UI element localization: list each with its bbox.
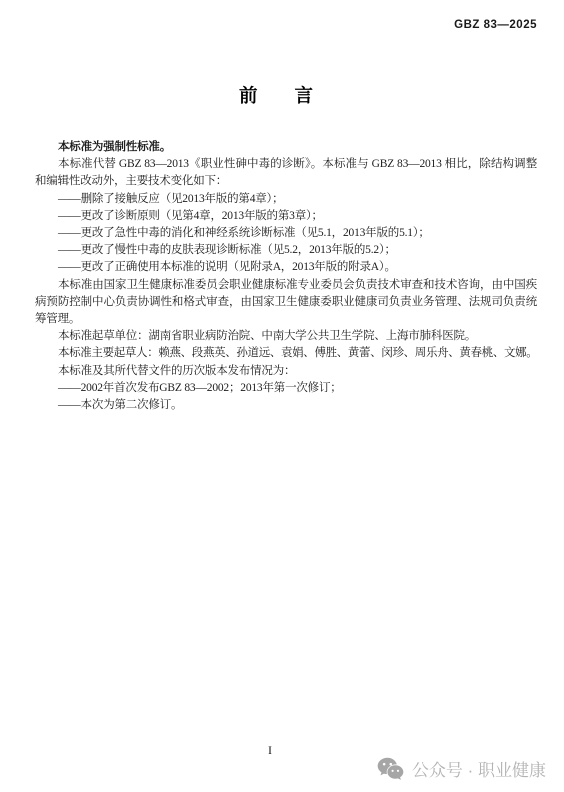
document-page: GBZ 83—2025 前 言 本标准为强制性标准。 本标准代替 GBZ 83—… <box>0 0 564 792</box>
foreword-body: 本标准为强制性标准。 本标准代替 GBZ 83—2013《职业性砷中毒的诊断》。… <box>35 139 537 414</box>
foreword-paragraph: 本标准代替 GBZ 83—2013《职业性砷中毒的诊断》。本标准与 GBZ 83… <box>35 156 537 190</box>
foreword-paragraph: 本标准起草单位：湖南省职业病防治院、中南大学公共卫生学院、上海市肺科医院。 <box>35 328 537 345</box>
wechat-icon <box>377 757 404 780</box>
page-number: I <box>268 743 272 757</box>
page-title: 前 言 <box>0 85 552 107</box>
foreword-paragraph: 本标准为强制性标准。 <box>35 139 537 156</box>
foreword-paragraph: 本标准及其所代替文件的历次版本发布情况为： <box>35 363 537 380</box>
change-list-item: ——更改了慢性中毒的皮肤表现诊断标准（见5.2，2013年版的5.2）； <box>35 242 537 259</box>
revision-list-item: ——2002年首次发布GBZ 83—2002；2013年第一次修订； <box>35 380 537 397</box>
standard-number: GBZ 83—2025 <box>454 19 537 31</box>
foreword-paragraph: 本标准由国家卫生健康标准委员会职业健康标准专业委员会负责技术审查和技术咨询，由中… <box>35 277 537 329</box>
foreword-paragraph: 本标准主要起草人：赖燕、段燕英、孙道远、袁娟、傅胜、黄蕾、闵珍、周乐舟、黄春桃、… <box>35 345 537 362</box>
change-list-item: ——更改了急性中毒的消化和神经系统诊断标准（见5.1，2013年版的5.1）； <box>35 225 537 242</box>
revision-list-item: ——本次为第二次修订。 <box>35 397 537 414</box>
change-list-item: ——删除了接触反应（见2013年版的第4章）； <box>35 191 537 208</box>
page-header: GBZ 83—2025 <box>454 19 537 31</box>
watermark: 公众号 · 职业健康 <box>377 756 546 781</box>
change-list-item: ——更改了诊断原则（见第4章，2013年版的第3章）； <box>35 208 537 225</box>
change-list-item: ——更改了正确使用本标准的说明（见附录A，2013年版的附录A）。 <box>35 259 537 276</box>
watermark-text: 公众号 · 职业健康 <box>412 756 546 781</box>
